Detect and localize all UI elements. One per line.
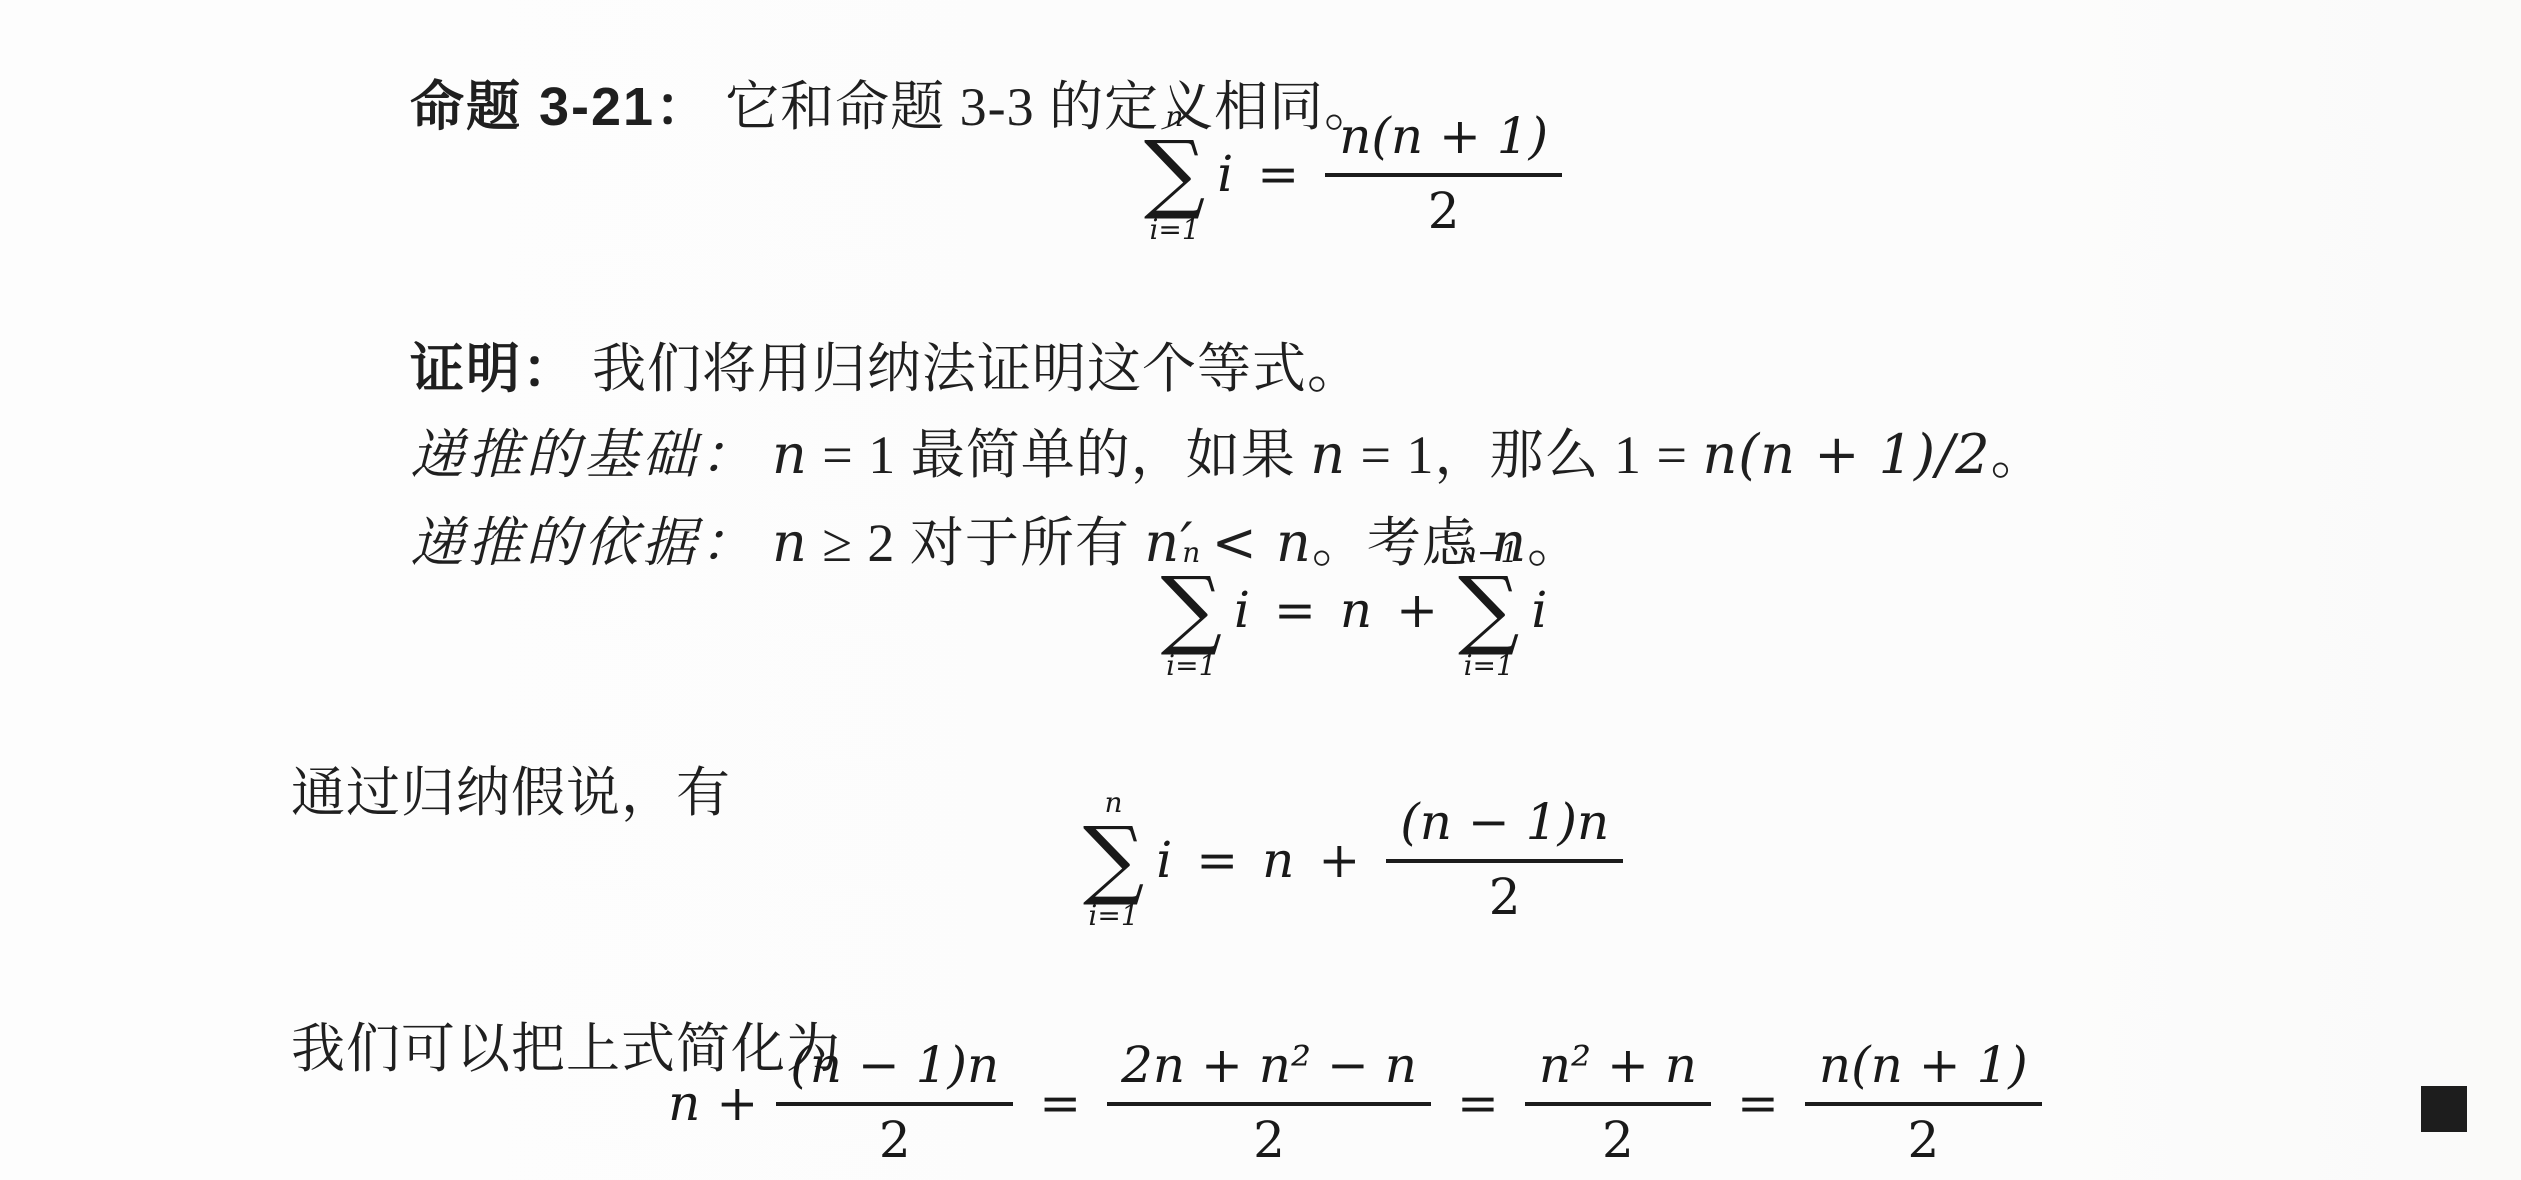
fraction-denominator: 2 — [1602, 1106, 1634, 1170]
fraction: 2n + n² − n 2 — [1107, 1037, 1431, 1170]
equals-sign: = — [1457, 1074, 1499, 1132]
summation-symbol: n ∑ i=1 — [1161, 538, 1222, 681]
formula-2: n ∑ i=1 i = n + n−1 ∑ i=1 i — [1157, 538, 1556, 681]
fraction-numerator: n(n + 1) — [1805, 1037, 2042, 1107]
fraction: (n − 1)n 2 — [1386, 794, 1623, 927]
sigma-icon: ∑ — [1083, 819, 1144, 901]
sum-body: i — [1531, 581, 1547, 639]
fraction-denominator: 2 — [1907, 1106, 1939, 1170]
sigma-icon: ∑ — [1458, 569, 1519, 651]
display-formula-4: n + (n − 1)n 2 = 2n + n² − n 2 = n² + n … — [233, 1030, 2479, 1176]
sum-lower-limit: i=1 — [1464, 651, 1514, 682]
fraction-numerator: n(n + 1) — [1325, 108, 1562, 178]
equals-sign: = — [1274, 581, 1316, 639]
text-segment: 。 — [1991, 425, 2046, 485]
equals-sign: = — [1737, 1074, 1779, 1132]
sum-body: i — [1156, 831, 1172, 889]
fraction: n(n + 1) 2 — [1805, 1037, 2042, 1170]
scanned-textbook-page: 命题 3-21：它和命题 3-3 的定义相同。 n ∑ i=1 i = n(n … — [0, 0, 2521, 1180]
display-formula-1: n ∑ i=1 i = n(n + 1) 2 — [233, 88, 2479, 260]
fraction-denominator: 2 — [1253, 1106, 1285, 1170]
fraction: (n − 1)n 2 — [776, 1037, 1013, 1170]
sum-body: i — [1234, 581, 1250, 639]
sum-lower-limit: i=1 — [1149, 215, 1199, 246]
fraction-numerator: (n − 1)n — [1386, 794, 1623, 864]
fraction: n² + n 2 — [1525, 1037, 1711, 1170]
sum-lower-limit: i=1 — [1088, 901, 1138, 932]
summation-symbol: n ∑ i=1 — [1083, 788, 1144, 931]
formula-1: n ∑ i=1 i = n(n + 1) 2 — [1140, 102, 1572, 245]
fraction-denominator: 2 — [1489, 863, 1521, 927]
formula-3: n ∑ i=1 i = n + (n − 1)n 2 — [1079, 788, 1633, 931]
variable-n: n — [1262, 831, 1294, 889]
plus-sign: + — [716, 1074, 758, 1132]
plus-sign: + — [1396, 581, 1438, 639]
sigma-icon: ∑ — [1144, 133, 1205, 215]
formula-4: n + (n − 1)n 2 = 2n + n² − n 2 = n² + n … — [660, 1037, 2052, 1170]
math-segment: n(n + 1)/2 — [1702, 423, 1990, 486]
equals-sign: = — [1196, 831, 1238, 889]
equals-sign: = — [1039, 1074, 1081, 1132]
summation-symbol: n−1 ∑ i=1 — [1458, 538, 1519, 681]
fraction-numerator: (n − 1)n — [776, 1037, 1013, 1107]
fraction-denominator: 2 — [1428, 177, 1460, 241]
variable-n: n — [1340, 581, 1372, 639]
sum-lower-limit: i=1 — [1166, 651, 1216, 682]
qed-square-icon — [2421, 1086, 2467, 1132]
sum-body: i — [1217, 145, 1233, 203]
fraction-numerator: n² + n — [1525, 1037, 1711, 1107]
equals-sign: = — [1257, 145, 1299, 203]
plus-sign: + — [1318, 831, 1360, 889]
fraction-numerator: 2n + n² − n — [1107, 1037, 1431, 1107]
display-formula-3: n ∑ i=1 i = n + (n − 1)n 2 — [233, 772, 2479, 948]
summation-symbol: n ∑ i=1 — [1144, 102, 1205, 245]
fraction: n(n + 1) 2 — [1325, 108, 1562, 241]
variable-n: n — [668, 1074, 700, 1132]
sigma-icon: ∑ — [1161, 569, 1222, 651]
fraction-denominator: 2 — [879, 1106, 911, 1170]
display-formula-2: n ∑ i=1 i = n + n−1 ∑ i=1 i — [233, 524, 2479, 696]
